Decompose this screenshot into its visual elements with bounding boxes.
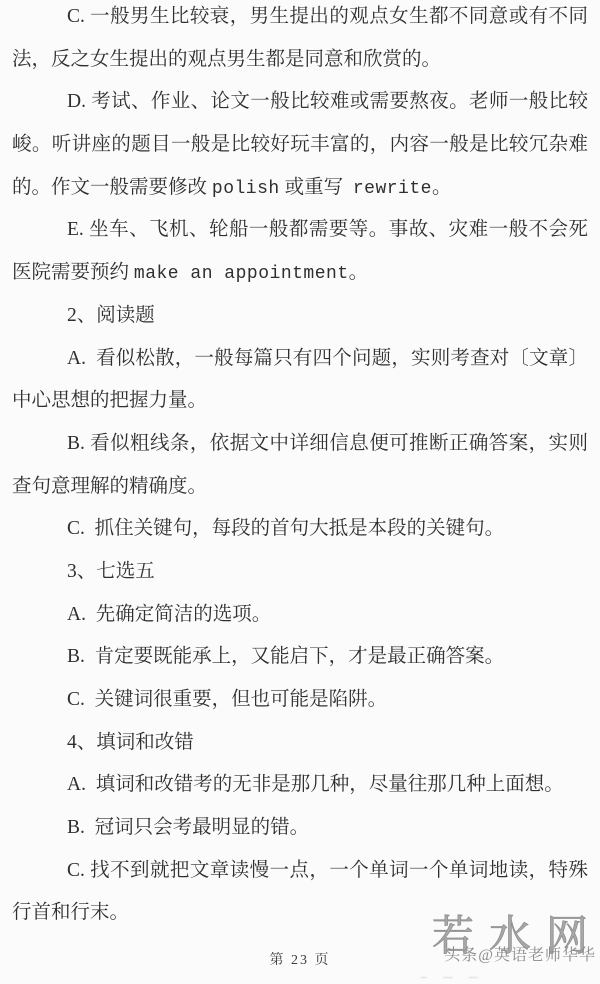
watermark-fineprint: ····· ······· ······· [420,974,477,982]
text-line: E. 坐车、飞机、轮船一般都需要等。事故、灾难一般不会死人。 [12,209,588,252]
section-heading-line: 4、填词和改错 [12,722,588,765]
text-segment: 医院需要预约 [12,262,134,283]
watermark-fineprint-segment: ····· [420,974,427,982]
section-heading-line: 3、七选五 [12,551,588,594]
text-line: 法，反之女生提出的观点男生都是同意和欣赏的。 [12,39,588,82]
text-line: A. 看似松散，一般每篇只有四个问题，实则考查对〔文章〕 [12,338,588,381]
text-line: B. 肯定要既能承上，又能启下，才是最正确答案。 [12,636,588,679]
text-line: 的。作文一般需要修改 polish 或重写 rewrite。 [12,167,588,210]
english-term: rewrite [353,179,432,199]
text-line: 查句意理解的精确度。 [12,466,588,509]
watermark-byline: 头条@英语老师华华 [444,946,596,966]
text-line: 医院需要预约 make an appointment。 [12,252,588,295]
text-line: 峻。听讲座的题目一般是比较好玩丰富的，内容一般是比较冗杂难懂 [12,124,588,167]
text-line: A. 填词和改错考的无非是那几种，尽量往那几种上面想。 [12,764,588,807]
text-line: C. 找不到就把文章读慢一点，一个单词一个单词地读，特殊是 [12,850,588,893]
text-segment: 或重写 [280,177,353,198]
text-segment: 。 [349,262,369,283]
text-segment: 。 [432,177,452,198]
english-term: polish [212,179,280,199]
text-line: B. 看似粗线条，依据文中详细信息便可推断正确答案，实则考 [12,423,588,466]
document-page: C. 一般男生比较衰，男生提出的观点女生都不同意或有不同看 法，反之女生提出的观… [0,0,600,984]
text-line: C. 一般男生比较衰，男生提出的观点女生都不同意或有不同看 [12,0,588,39]
english-term: make an appointment [134,264,349,284]
section-heading-line: 2、阅读题 [12,295,588,338]
text-line: C. 关键词很重要，但也可能是陷阱。 [12,679,588,722]
text-line: B. 冠词只会考最明显的错。 [12,807,588,850]
document-body: C. 一般男生比较衰，男生提出的观点女生都不同意或有不同看 法，反之女生提出的观… [0,0,600,935]
text-segment: 的。作文一般需要修改 [12,177,212,198]
watermark: 若水网 头条@英语老师华华 ····· ······· ······· [416,914,596,982]
text-line: D. 考试、作业、论文一般比较难或需要熬夜。老师一般比较严 [12,81,588,124]
text-line: A. 先确定简洁的选项。 [12,594,588,637]
watermark-fineprint-segment: ······· [443,974,452,982]
text-line: 中心思想的把握力量。 [12,380,588,423]
watermark-fineprint-segment: ······· [468,974,477,982]
text-line: C. 抓住关键句，每段的首句大抵是本段的关键句。 [12,508,588,551]
